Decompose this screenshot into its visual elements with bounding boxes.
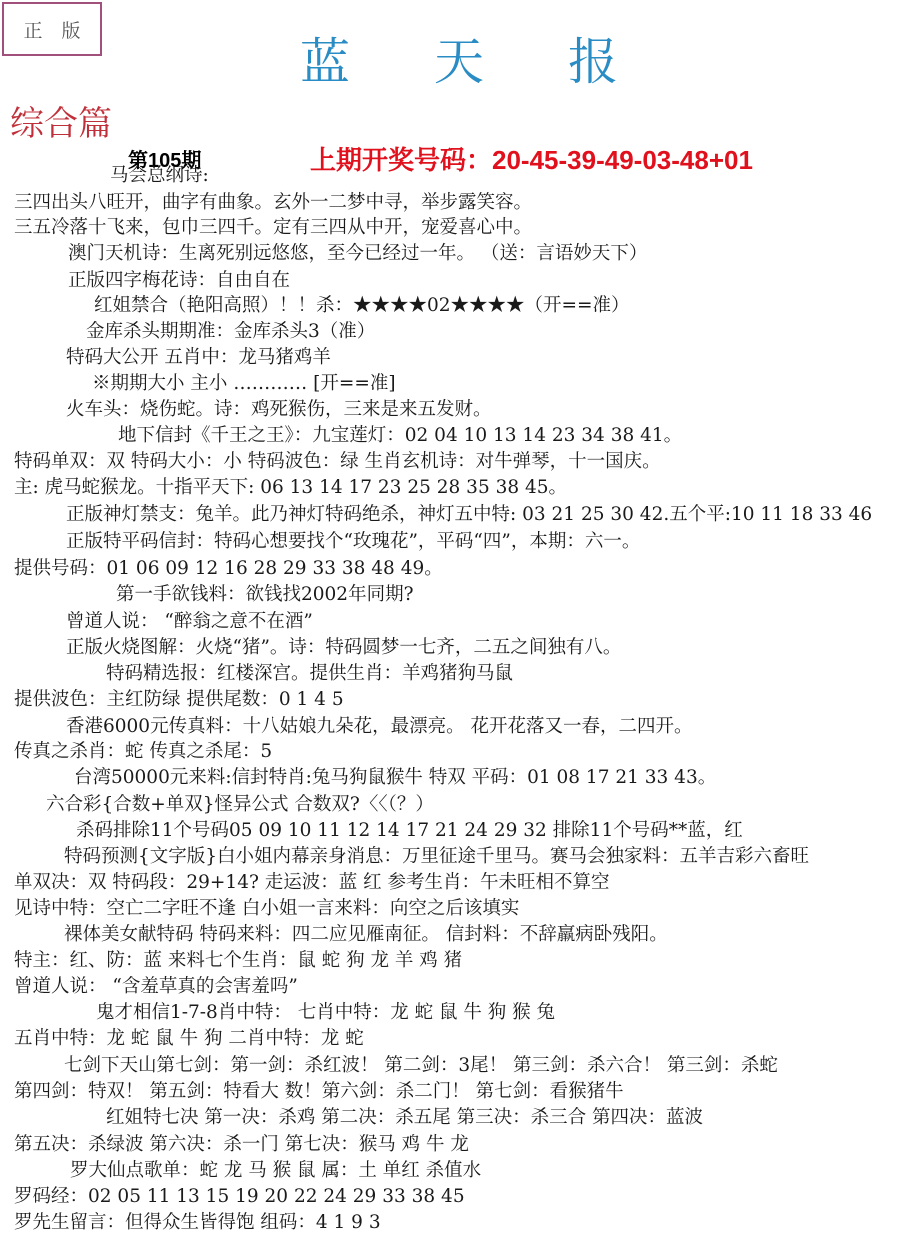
text-line: 曾道人说： “含羞草真的会害羞吗” — [14, 976, 298, 998]
text-line: 主: 虎马蛇猴龙。十指平天下: 06 13 14 17 23 25 28 35 … — [14, 477, 567, 499]
text-line: 特码大公开 五肖中：龙马猪鸡羊 — [66, 347, 331, 369]
text-line: 特码单双：双 特码大小：小 特码波色：绿 生肖玄机诗：对牛弹琴，十一国庆。 — [14, 451, 661, 473]
text-line: 马会总纲诗: — [110, 165, 209, 187]
last-draw-numbers: 20-45-39-49-03-48+01 — [492, 145, 753, 175]
text-line: 第五决：杀绿波 第六决：杀一门 第七决：猴马 鸡 牛 龙 — [14, 1134, 469, 1156]
text-line: 传真之杀肖：蛇 传真之杀尾：5 — [14, 741, 272, 763]
text-line: 提供号码：01 06 09 12 16 28 29 33 38 48 49。 — [14, 558, 443, 580]
text-line: 正版特平码信封：特码心想要找个“玫瑰花”，平码“四”，本期：六一。 — [66, 531, 640, 553]
text-line: 火车头：烧伤蛇。诗：鸡死猴伤，三来是来五发财。 — [66, 399, 492, 421]
text-line: 提供波色：主红防绿 提供尾数：0 1 4 5 — [14, 689, 344, 711]
text-line: 单双决：双 特码段：29+14? 走运波：蓝 红 参考生肖：午未旺相不算空 — [14, 872, 610, 894]
text-line: 见诗中特：空亡二字旺不逢 白小姐一言来料：向空之后该填实 — [14, 898, 519, 920]
text-line: 特码预测{文字版}白小姐内幕亲身消息：万里征途千里马。赛马会独家料：五羊吉彩六畜… — [64, 846, 809, 868]
text-line: 鬼才相信1-7-8肖中特： 七肖中特：龙 蛇 鼠 牛 狗 猴 兔 — [96, 1002, 555, 1024]
last-draw-result: 上期开奖号码：20-45-39-49-03-48+01 — [310, 140, 753, 177]
title-char-1: 蓝 — [300, 22, 352, 94]
text-line: ※期期大小 主小 ………… [开==准] — [92, 373, 396, 395]
badge-char-1: 正 — [23, 16, 42, 43]
title-char-2: 天 — [434, 22, 486, 94]
text-line: 裸体美女献特码 特码来料：四二应见雁南征。 信封料：不辞羸病卧残阳。 — [64, 924, 668, 946]
text-line: 五肖中特：龙 蛇 鼠 牛 狗 二肖中特：龙 蛇 — [14, 1028, 364, 1050]
text-line: 特码精选报：红楼深宫。提供生肖：羊鸡猪狗马鼠 — [106, 663, 513, 685]
title-char-3: 报 — [568, 22, 620, 94]
text-line: 罗码经：02 05 11 13 15 19 20 22 24 29 33 38 … — [14, 1186, 465, 1208]
last-draw-label: 上期开奖号码： — [310, 145, 492, 175]
text-line: 香港6000元传真料：十八姑娘九朵花，最漂亮。 花开花落又一春，二四开。 — [66, 716, 692, 738]
page-title: 蓝 天 报 — [300, 22, 620, 94]
text-line: 台湾50000元来料:信封特肖:兔马狗鼠猴牛 特双 平码：01 08 17 21… — [74, 767, 716, 789]
text-line: 正版火烧图解：火烧“猪”。诗：特码圆梦一七齐，二五之间独有八。 — [66, 637, 621, 659]
text-line: 七剑下天山第七剑：第一剑：杀红波！ 第二剑：3尾！ 第三剑：杀六合！ 第三剑：杀… — [64, 1055, 778, 1077]
text-line: 金库杀头期期准：金库杀头3（准） — [86, 321, 375, 343]
text-line: 特主：红、防：蓝 来料七个生肖：鼠 蛇 狗 龙 羊 鸡 猪 — [14, 950, 462, 972]
genuine-edition-badge: 正 版 — [2, 2, 102, 56]
text-line: 正版四字梅花诗：自由自在 — [68, 270, 290, 292]
text-line: 澳门天机诗：生离死别远悠悠，至今已经过一年。 （送：言语妙天下） — [68, 243, 647, 265]
text-line: 红姐禁合（艳阳高照）！！杀：★★★★02★★★★（开==准） — [94, 295, 630, 317]
text-line: 三五冷落十飞来，包巾三四千。定有三四从中开，宠爱喜心中。 — [14, 217, 532, 239]
text-line: 红姐特七决 第一决：杀鸡 第二决：杀五尾 第三决：杀三合 第四决：蓝波 — [106, 1107, 703, 1129]
text-line: 杀码排除11个号码05 09 10 11 12 14 17 21 24 29 3… — [76, 820, 743, 842]
text-line: 六合彩{合数+单双}怪异公式 合数双?〈〈（？） — [46, 794, 434, 816]
text-line: 三四出头八旺开，曲字有曲象。玄外一二梦中寻，举步露笑容。 — [14, 192, 532, 214]
section-heading: 综合篇 — [10, 96, 112, 145]
text-line: 第一手欲钱料：欲钱找2002年同期? — [116, 584, 414, 606]
text-line: 曾道人说： “醉翁之意不在酒” — [66, 611, 313, 633]
text-line: 正版神灯禁支：兔羊。此乃神灯特码绝杀，神灯五中特: 03 21 25 30 42… — [66, 504, 872, 526]
text-line: 罗大仙点歌单：蛇 龙 马 猴 鼠 属：土 单红 杀值水 — [70, 1160, 481, 1182]
text-line: 地下信封《千王之王》：九宝莲灯：02 04 10 13 14 23 34 38 … — [118, 425, 682, 447]
badge-char-2: 版 — [61, 16, 80, 43]
text-line: 罗先生留言：但得众生皆得饱 组码：4 1 9 3 — [14, 1212, 381, 1234]
text-line: 第四剑：特双！ 第五剑：特看大 数！第六剑：杀二门！ 第七剑：看猴猪牛 — [14, 1081, 624, 1103]
